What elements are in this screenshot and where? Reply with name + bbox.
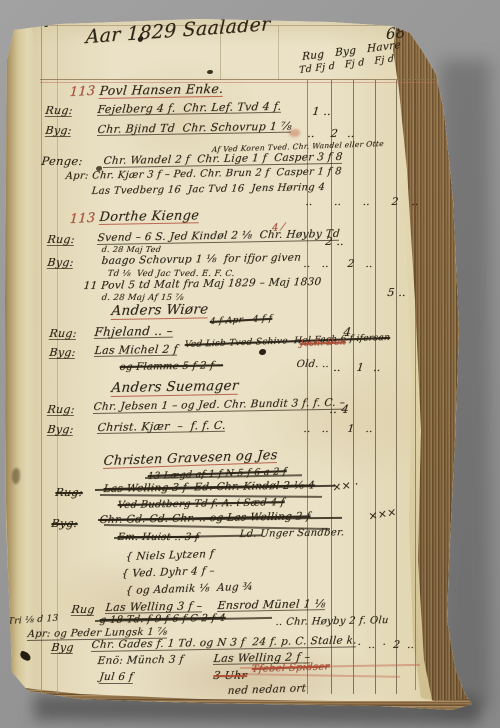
manuscript-line: Penge: [41,156,83,168]
manuscript-line: Chr. Wandel 2 f Chr. Lige 1 f Casper 3 f… [103,152,343,168]
manuscript-line: Chr. Jebsen 1 – og Jed. Chr. Bundit 3 f.… [93,398,346,414]
manuscript-line: Ld. Unger Sandber. [239,528,345,540]
manuscript-line: 3 Uhr [213,670,248,681]
manuscript-line: 2 ‥ [325,236,345,247]
manuscript-line: Byg: [47,424,75,436]
manuscript-line: Tri ⅛ d 13 [8,614,59,627]
manuscript-line: Byg: [47,257,75,269]
manuscript-line: Jul 6 f [99,672,134,684]
manuscript-line: ‥ ‥ 2 ‥ [303,259,377,270]
entry-heading: Anders Suemager [111,380,239,397]
manuscript-line: Byg: [49,347,77,359]
manuscript-line: Ved Lisb Tved Schive Hol Fach 6 f ifersa… [184,334,390,350]
manuscript-line: g 18 Td. f 9 f 6 f C 2 f 4 [99,614,226,626]
manuscript-line: Svend – 6 S. Jed Kindøl 2 ⅛ Chr. Høyby T… [97,229,340,245]
manuscript-line: ‥ Chr. Høyby 2 f. Olu [275,616,389,628]
manuscript-line: Fejelberg 4 f. Chr. Lef. Tvd 4 f. [97,101,282,116]
manuscript-line: Ved Budtberg Td f. A. i Sæd 4 f [117,498,285,511]
entry-heading: Anders Wiøre [111,303,209,319]
entry-number: 113 [69,85,95,99]
manuscript-line: Chr. Gd. Cd. Chr. ‥ og Las Welling 2 f [99,511,311,525]
manuscript-line: Christ. Kjær – f. f. C. [97,420,226,434]
entry-number: 113 [69,212,95,226]
manuscript-line: d. 28 Maj Ted [101,246,161,254]
manuscript-line: Enö: Münch 3 f [97,654,184,666]
manuscript-line: { og Adamik ⅛ Aug ¾ [125,582,253,597]
manuscript-line: Tfebel Spidser [251,662,330,675]
manuscript-line: ‥ 2 ‥ [307,128,358,139]
entry-heading: Povl Hansen Enke. [99,83,224,99]
ledger-page: Aar 1829 Saalader68Rug Byg HavreTd Fj d … [0,0,500,728]
manuscript-line: Rug [71,604,96,616]
manuscript-line: ‥ ‥ 1 ‥ [303,424,377,435]
manuscript-line: Las Tvedberg 16 Jac Tvd 16 Jens Høring 4 [91,183,325,197]
manuscript-line: 11 Povl 5 td Malt fra Maj 1829 – Maj 183… [83,277,322,292]
manuscript-line: ned nedan ort [227,683,306,696]
ledger-photo: Aar 1829 Saalader68Rug Byg HavreTd Fj d … [0,0,500,728]
manuscript-line: 4 f Apr 4 f f [210,315,273,327]
manuscript-line: Rug: [45,105,74,117]
manuscript-line: ‥ 4 [329,404,350,416]
manuscript-line: Rug: [55,487,83,498]
manuscript-line: Chr. Gades f. 1 Td. og N 3 f 24 f. p. C.… [91,635,357,651]
manuscript-line: ××× [368,506,397,522]
manuscript-line: Jesh. Den [299,338,346,349]
manuscript-line: · ‥ · 2 ‥ [357,640,417,651]
manuscript-line: Rug: [47,234,76,246]
manuscript-line: Byg: [45,125,73,137]
manuscript-line: { Niels Lytzen f [125,549,214,563]
page-title: Aar 1829 Saalader [85,15,270,47]
manuscript-line: Fhjeland ‥ – [94,325,174,339]
manuscript-line: Apr: Chr. Kjær 3 f – Ped. Chr. Brun 2 f … [65,167,342,182]
manuscript-line: Rug: [47,404,76,416]
manuscript-line: ‥ 1 ‥ [333,362,384,373]
manuscript-line: baago Schovrup 1 ⅛ for ifjor given [101,253,302,267]
manuscript-line: Em. Huist ‥ 3 f [117,533,199,543]
manuscript-line: Chr. Bjind Td Chr. Schovrup 1 ⅞ [97,121,292,136]
manuscript-line: Ensrod Münel 1 ⅛ [217,598,326,612]
manuscript-line: Las Welling 3 f Ed. Chr. Kindøl 2 ⅛ 4 [103,480,315,494]
entry-heading: Christen Gravesen og Jes [103,449,278,469]
manuscript-line: ‥ ‥ ‥ 2 ‥ [305,197,424,208]
manuscript-line: Las Michel 2 f [94,344,178,357]
manuscript-line: Las Welling 3 f – [105,600,203,614]
manuscript-line: og Flamme 5 f 2 f – [119,361,223,373]
manuscript-line: 5 ‥ [387,287,407,298]
manuscript-line: Byg [51,642,75,654]
manuscript-line: { Ved. Dyhr 4 f – [121,566,215,580]
manuscript-line: ×× · [332,478,359,493]
manuscript-line: 1 ‥ [312,106,332,117]
manuscript-lines: Aar 1829 Saalader68Rug Byg HavreTd Fj d … [0,0,500,728]
entry-heading: Dorthe Kienge [99,209,200,225]
manuscript-line: Byg: [51,518,78,529]
manuscript-line: Rug: [49,328,78,340]
manuscript-line: Old. ‥ [296,360,330,370]
